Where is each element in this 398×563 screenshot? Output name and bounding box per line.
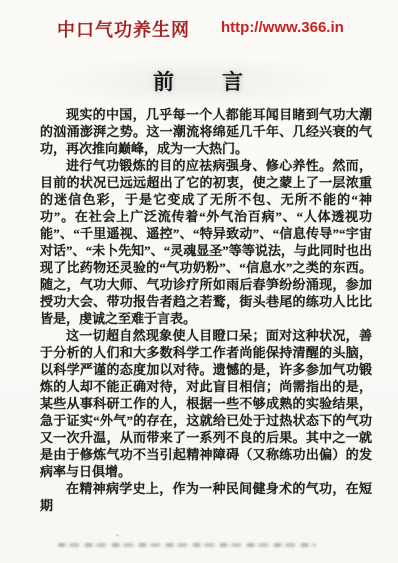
preface-body-text: 现实的中国，几乎每一个人都能耳闻目睹到气功大潮的汹涌澎湃之势。这一潮流将绵延几千… [40, 106, 372, 514]
scan-artifact-line [58, 543, 316, 547]
site-watermark-name: 中口气功养生网 [57, 16, 190, 42]
page-title: 前 言 [0, 66, 398, 96]
paragraph: 进行气功锻炼的目的应祛病强身、修心养性。然而，目前的状况已远远超出了它的初衷，使… [40, 157, 372, 327]
site-watermark-url: http://www.366.in [221, 19, 344, 36]
paragraph: 在精神病学史上，作为一种民间健身术的气功，在短期 [40, 480, 372, 514]
scan-speck [344, 116, 347, 118]
scan-speck [116, 534, 119, 536]
paragraph: 现实的中国，几乎每一个人都能耳闻目睹到气功大潮的汹涌澎湃之势。这一潮流将绵延几千… [40, 106, 372, 157]
scanned-book-page: 中口气功养生网 http://www.366.in 前 言 现实的中国，几乎每一… [0, 0, 398, 563]
paragraph: 这一切超自然现象使人目瞪口呆；面对这种状况，善于分析的人们和大多数科学工作者尚能… [40, 327, 372, 480]
